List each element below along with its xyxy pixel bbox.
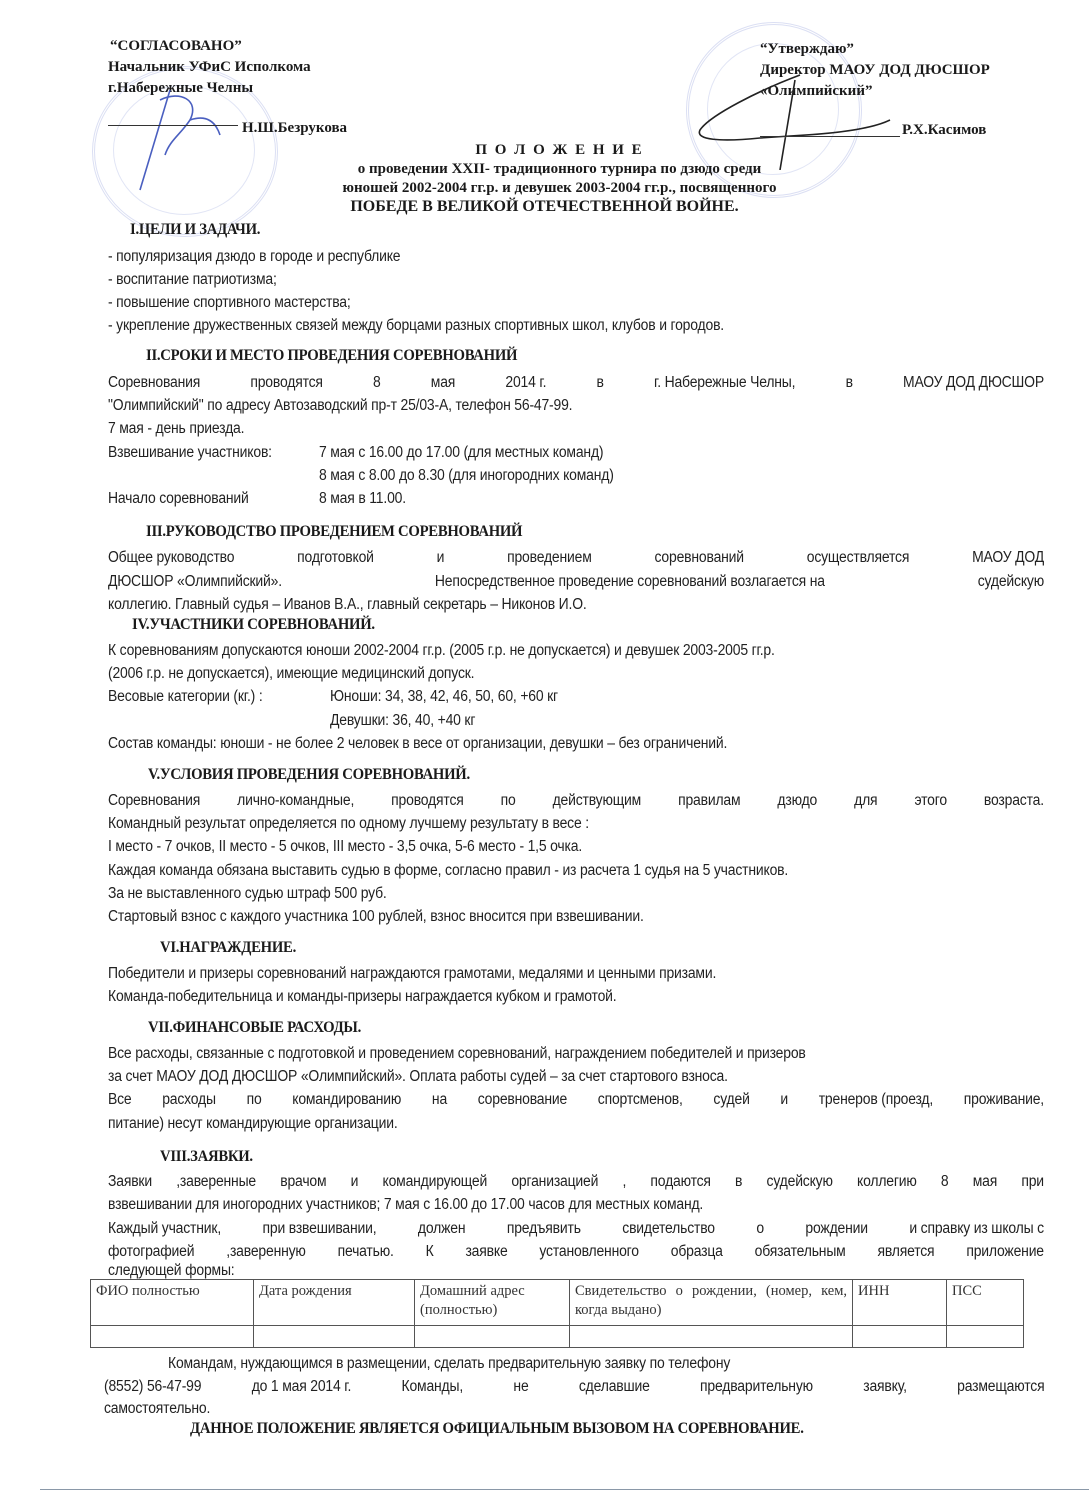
- word: Команды,: [402, 1377, 464, 1397]
- word: коллегию: [857, 1172, 917, 1192]
- section-8-line2: взвешивании для иногородних участников; …: [108, 1195, 703, 1215]
- section-6-line1: Победители и призеры соревнований награж…: [108, 964, 716, 984]
- word: судейскую: [767, 1172, 833, 1192]
- word: ,заверенные: [176, 1172, 256, 1192]
- table-header-cell: ИНН: [853, 1280, 947, 1326]
- page-bottom-rule: [40, 1489, 1089, 1490]
- word: расходы: [162, 1090, 216, 1110]
- section-5-line3: I место - 7 очков, II место - 5 очков, I…: [108, 837, 582, 857]
- word: Общее руководство: [108, 548, 234, 568]
- word: 8: [941, 1172, 949, 1192]
- document-heading: П О Л О Ж Е Н И Е: [0, 141, 1089, 159]
- word: заявке: [465, 1242, 507, 1262]
- section-4-heading: IV.УЧАСТНИКИ СОРЕВНОВАНИЙ.: [132, 616, 375, 634]
- table-header-cell: Домашний адрес (полностью): [415, 1280, 570, 1326]
- document-subtitle-line2: юношей 2002-2004 гг.р. и девушек 2003-20…: [0, 179, 1089, 197]
- section-5-heading: V.УСЛОВИЯ ПРОВЕДЕНИЯ СОРЕВНОВАНИЙ.: [148, 766, 470, 784]
- section-3-line3: коллегию. Главный судья – Иванов В.А., г…: [108, 595, 587, 615]
- table-cell: [853, 1326, 947, 1348]
- section-2-heading: II.СРОКИ И МЕСТО ПРОВЕДЕНИЯ СОРЕВНОВАНИЙ: [146, 347, 517, 365]
- section-8-heading: VIII.ЗАЯВКИ.: [160, 1148, 253, 1166]
- word: дзюдо: [777, 791, 817, 811]
- section-8-line5: следующей формы:: [108, 1261, 235, 1281]
- word: при взвешивании,: [263, 1219, 377, 1239]
- section-6-line2: Команда-победительница и команды-призеры…: [108, 987, 617, 1007]
- section-5-line5: За не выставленного судью штраф 500 руб.: [108, 884, 387, 904]
- word: о: [756, 1219, 764, 1239]
- section-7-line2: за счет МАОУ ДОД ДЮСШОР «Олимпийский». О…: [108, 1067, 728, 1087]
- word: обязательным: [755, 1242, 846, 1262]
- word: правилам: [678, 791, 740, 811]
- word: предъявить: [507, 1219, 581, 1239]
- section-8-line4: фотографией ,заверенную печатью. К заявк…: [108, 1242, 1044, 1262]
- section-3-line1: Общее руководство подготовкой и проведен…: [108, 548, 1044, 568]
- word: проводятся: [391, 791, 463, 811]
- word: свидетельство: [622, 1219, 715, 1239]
- word: 8: [373, 373, 381, 393]
- accommodation-line2: (8552) 56-47-99 до 1 мая 2014 г. Команды…: [104, 1377, 1045, 1397]
- section-2-line2: "Олимпийский" по адресу Автозаводский пр…: [108, 396, 572, 416]
- table-cell: [570, 1326, 853, 1348]
- table-cell: [415, 1326, 570, 1348]
- table-header-cell: Свидетельство о рождении, (номер, кем, к…: [570, 1280, 853, 1326]
- approval-left-signatory: Н.Ш.Безрукова: [242, 119, 347, 138]
- word: судейскую: [978, 572, 1044, 592]
- word: г. Набережные Челны,: [654, 373, 795, 393]
- word: лично-командные,: [237, 791, 354, 811]
- weighing-label: Взвешивание участников:: [108, 443, 272, 463]
- word: К: [426, 1242, 434, 1262]
- word: и: [351, 1172, 359, 1192]
- word: мая: [431, 373, 455, 393]
- word: приложение: [966, 1242, 1044, 1262]
- signature-line-left: [108, 125, 238, 126]
- section-8-line1: Заявки ,заверенные врачом и командирующе…: [108, 1172, 1044, 1192]
- section-6-heading: VI.НАГРАЖДЕНИЕ.: [160, 939, 296, 957]
- word: МАОУ ДОД ДЮСШОР: [903, 373, 1044, 393]
- section-5-line4: Каждая команда обязана выставить судью в…: [108, 861, 788, 881]
- section-7-line1: Все расходы, связанные с подготовкой и п…: [108, 1044, 806, 1064]
- word: печатью.: [338, 1242, 394, 1262]
- table-header-cell: ПСС: [947, 1280, 1024, 1326]
- word: Каждый участник,: [108, 1219, 221, 1239]
- section-1-heading: I.ЦЕЛИ И ЗАДАЧИ.: [130, 221, 260, 239]
- section-7-line3: Все расходы по командированию на соревно…: [108, 1090, 1044, 1110]
- word: и: [780, 1090, 788, 1110]
- word: командирующей: [383, 1172, 488, 1192]
- weights-girls: Девушки: 36, 40, +40 кг: [330, 711, 475, 731]
- section-7-heading: VII.ФИНАНСОВЫЕ РАСХОДЫ.: [148, 1019, 361, 1037]
- word: (8552) 56-47-99: [104, 1377, 201, 1397]
- section-5-line1: Соревнования лично-командные, проводятся…: [108, 791, 1044, 811]
- section-2-line3: 7 мая - день приезда.: [108, 419, 244, 439]
- word: сделавшие: [579, 1377, 650, 1397]
- weighing-local: 7 мая с 16.00 до 17.00 (для местных кома…: [319, 443, 603, 463]
- word: размещаются: [957, 1377, 1044, 1397]
- word: образца: [671, 1242, 723, 1262]
- word: ,заверенную: [226, 1242, 305, 1262]
- word: возраста.: [984, 791, 1044, 811]
- table-cell: [947, 1326, 1024, 1348]
- word: в: [846, 373, 853, 393]
- section-7-line4: питание) несут командирующие организации…: [108, 1114, 398, 1134]
- word: установленного: [539, 1242, 638, 1262]
- section-2-line1: Соревнования проводятся 8 мая 2014 г. в …: [108, 373, 1044, 393]
- word: соревнований: [654, 548, 743, 568]
- signature-line-right: [760, 136, 900, 137]
- weights-label: Весовые категории (кг.) :: [108, 687, 263, 707]
- approval-left-position: Начальник УФиС Исполкома: [108, 58, 311, 77]
- start-label: Начало соревнований: [108, 489, 249, 509]
- word: Заявки: [108, 1172, 152, 1192]
- word: действующим: [553, 791, 641, 811]
- table-header-row: ФИО полностью Дата рождения Домашний адр…: [91, 1280, 1024, 1326]
- team-composition: Состав команды: юноши - не более 2 челов…: [108, 734, 727, 754]
- word: подготовкой: [297, 548, 374, 568]
- section-5-line2: Командный результат определяется по одно…: [108, 814, 589, 834]
- word: Соревнования: [108, 373, 200, 393]
- word: мая: [973, 1172, 997, 1192]
- word: МАОУ ДОД: [972, 548, 1044, 568]
- word: до 1 мая 2014 г.: [252, 1377, 351, 1397]
- word: проводятся: [250, 373, 322, 393]
- word: врачом: [280, 1172, 326, 1192]
- word: судей: [713, 1090, 749, 1110]
- word: Соревнования: [108, 791, 200, 811]
- section-1-item: - популяризация дзюдо в городе и республ…: [108, 247, 400, 267]
- word: в: [597, 373, 604, 393]
- word: по: [247, 1090, 262, 1110]
- word: ДЮСШОР «Олимпийский».: [108, 572, 282, 592]
- section-1-item: - воспитание патриотизма;: [108, 270, 277, 290]
- word: этого: [914, 791, 946, 811]
- section-8-line3: Каждый участник, при взвешивании, должен…: [108, 1219, 1044, 1239]
- accommodation-line1: Командам, нуждающимся в размещении, сдел…: [168, 1354, 730, 1374]
- accommodation-line3: самостоятельно.: [104, 1399, 210, 1419]
- document-subtitle-line3: ПОБЕДЕ В ВЕЛИКОЙ ОТЕЧЕСТВЕННОЙ ВОЙНЕ.: [0, 198, 1089, 216]
- word: по: [501, 791, 516, 811]
- start-value: 8 мая в 11.00.: [319, 489, 406, 509]
- word: не: [513, 1377, 528, 1397]
- table-row: [91, 1326, 1024, 1348]
- word: тренеров (проезд,: [819, 1090, 933, 1110]
- section-1-item: - укрепление дружественных связей между …: [108, 316, 724, 336]
- word: соревнование: [478, 1090, 567, 1110]
- weights-boys: Юноши: 34, 38, 42, 46, 50, 60, +60 кг: [330, 687, 558, 707]
- word: заявку,: [863, 1377, 907, 1397]
- word: рождении: [805, 1219, 867, 1239]
- word: на: [432, 1090, 447, 1110]
- closing-statement: ДАННОЕ ПОЛОЖЕНИЕ ЯВЛЯЕТСЯ ОФИЦИАЛЬНЫМ ВЫ…: [190, 1420, 804, 1438]
- word: Непосредственное проведение соревнований…: [435, 572, 825, 592]
- word: осуществляется: [807, 548, 909, 568]
- word: при: [1021, 1172, 1044, 1192]
- word: и: [437, 548, 445, 568]
- word: командированию: [292, 1090, 401, 1110]
- section-1-item: - повышение спортивного мастерства;: [108, 293, 351, 313]
- word: является: [877, 1242, 934, 1262]
- approval-right-signatory: Р.Х.Касимов: [902, 121, 986, 140]
- word: предварительную: [700, 1377, 813, 1397]
- word: Все: [108, 1090, 131, 1110]
- section-5-line6: Стартовый взнос с каждого участника 100 …: [108, 907, 644, 927]
- approval-right-title: “Утверждаю”: [760, 40, 854, 59]
- word: ,: [622, 1172, 626, 1192]
- word: проживание,: [964, 1090, 1044, 1110]
- table-header-cell: ФИО полностью: [91, 1280, 254, 1326]
- word: организацией: [511, 1172, 598, 1192]
- section-4-line2: (2006 г.р. не допускается), имеющие меди…: [108, 664, 474, 684]
- table-cell: [254, 1326, 415, 1348]
- approval-left-title: “СОГЛАСОВАНО”: [110, 37, 242, 56]
- table-header-cell: Дата рождения: [254, 1280, 415, 1326]
- word: фотографией: [108, 1242, 194, 1262]
- section-3-heading: III.РУКОВОДСТВО ПРОВЕДЕНИЕМ СОРЕВНОВАНИЙ: [146, 523, 522, 541]
- section-3-line2: ДЮСШОР «Олимпийский». Непосредственное п…: [108, 572, 1044, 592]
- application-form-table: ФИО полностью Дата рождения Домашний адр…: [90, 1279, 1024, 1348]
- word: проведением: [507, 548, 592, 568]
- word: 2014 г.: [505, 373, 546, 393]
- document-subtitle-line1: о проведении XXII- традиционного турнира…: [0, 160, 1089, 178]
- word: подаются: [650, 1172, 710, 1192]
- word: и справку из школы с: [909, 1219, 1044, 1239]
- weighing-visitors: 8 мая с 8.00 до 8.30 (для иногородних ко…: [319, 466, 614, 486]
- section-4-line1: К соревнованиям допускаются юноши 2002-2…: [108, 641, 775, 661]
- word: должен: [418, 1219, 465, 1239]
- table-cell: [91, 1326, 254, 1348]
- word: спортсменов,: [598, 1090, 683, 1110]
- word: для: [854, 791, 877, 811]
- word: в: [735, 1172, 742, 1192]
